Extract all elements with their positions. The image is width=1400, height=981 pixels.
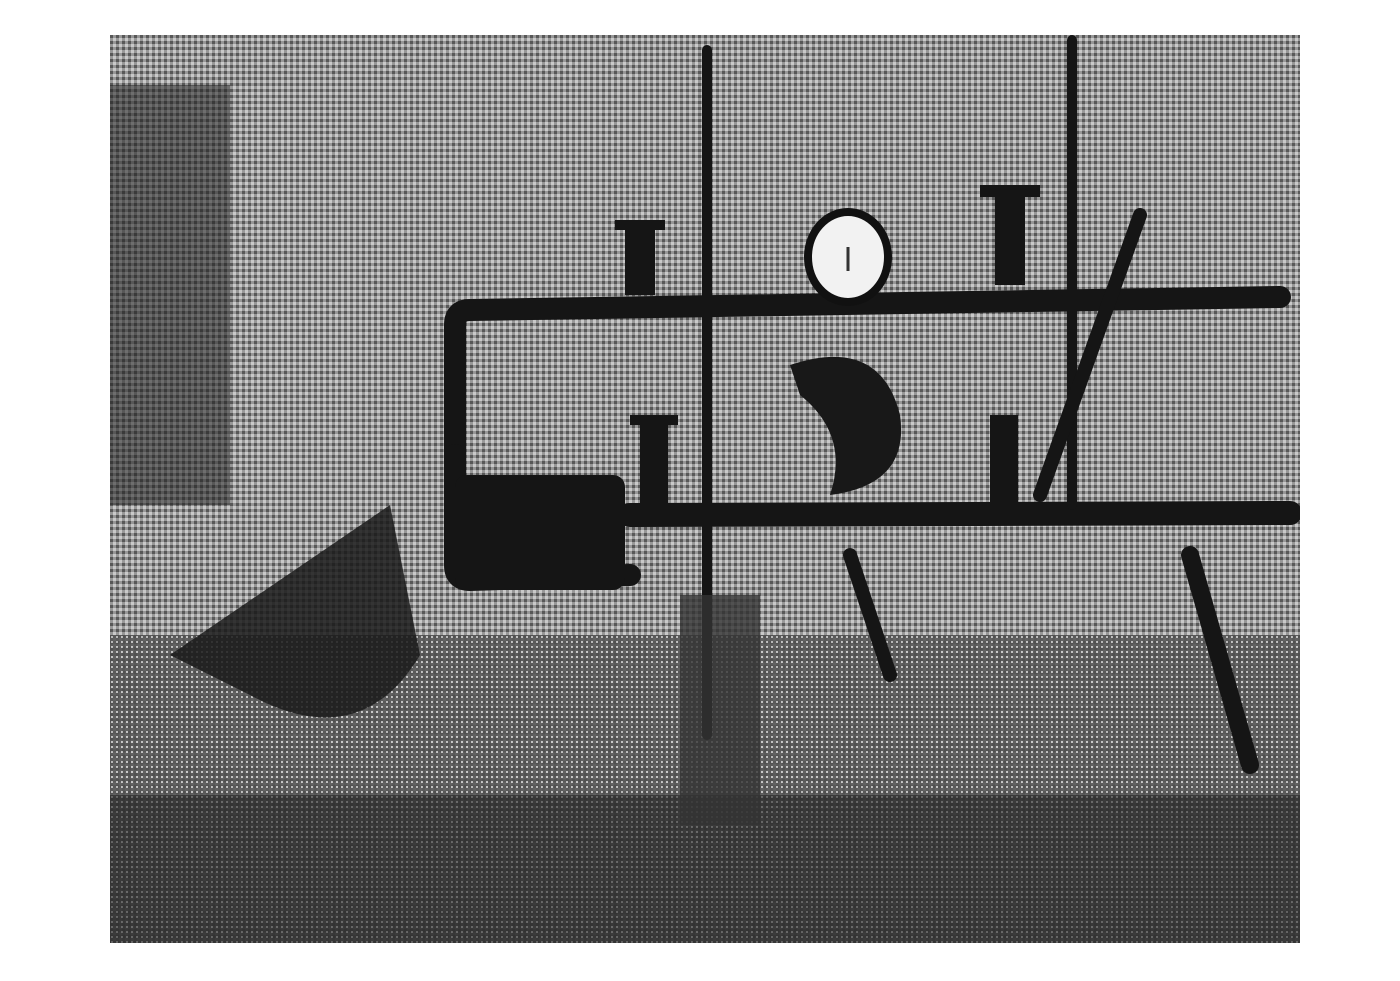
pressure-gauge (808, 212, 888, 302)
halftone-photograph (110, 35, 1300, 943)
